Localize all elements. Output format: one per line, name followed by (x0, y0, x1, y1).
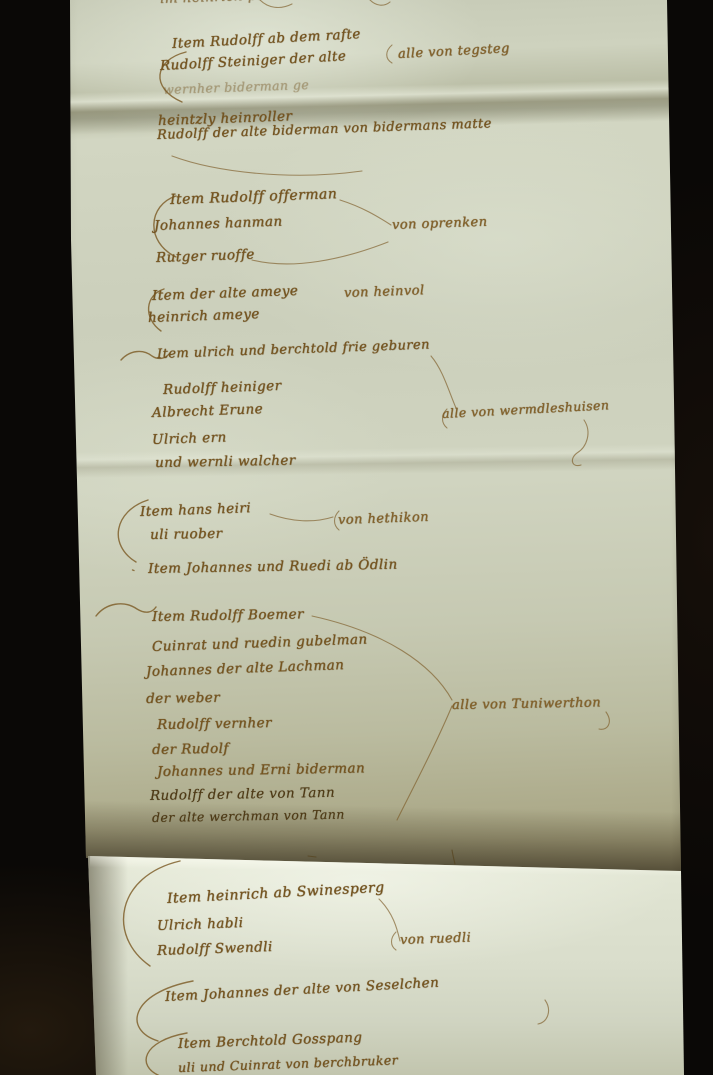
manuscript-line-31: Johannes und Erni biderman (157, 760, 365, 780)
manuscript-line-33: der alte werchman von Tann (152, 807, 345, 825)
manuscript-line-2: Rudolff Steiniger der alte (160, 48, 347, 74)
manuscript-line-35: Ulrich habli (157, 915, 244, 934)
manuscript-line-39: Item Berchtold Gosspang (178, 1030, 363, 1052)
manuscript-line-4: wernher biderman ge (163, 77, 310, 97)
manuscript-line-30: der Rudolf (152, 741, 229, 758)
manuscript-line-15: Rudolff heiniger (163, 378, 282, 398)
manuscript-line-9: von oprenken (392, 215, 488, 233)
manuscript-line-18: Ulrich ern (152, 429, 227, 448)
manuscript-line-26: Johannes der alte Lachman (146, 657, 345, 680)
manuscript-line-12: von heinvol (344, 283, 425, 301)
manuscript-line-19: und wernli walcher (155, 453, 296, 471)
manuscript-line-40: uli und Cuinrat von berchbruker (178, 1052, 399, 1075)
manuscript-line-16: Albrecht Erune (152, 401, 264, 421)
manuscript-line-20: Item hans heiri (140, 500, 252, 520)
manuscript-line-28: alle von Tuniwerthon (452, 695, 601, 713)
manuscript-line-14: Item ulrich und berchtold frie geburen (157, 337, 430, 362)
manuscript-line-38: Item Johannes der alte von Seselchen (165, 975, 440, 1005)
manuscript-line-21: von hethikon (338, 510, 429, 528)
manuscript-photo: im heinrich psItem Rudolff ab dem rafteR… (0, 0, 713, 1075)
manuscript-line-0: im heinrich ps (160, 0, 265, 7)
manuscript-line-27: der weber (146, 690, 220, 707)
manuscript-line-25: Cuinrat und ruedin gubelman (152, 631, 368, 655)
manuscript-line-8: Johannes hanman (154, 214, 283, 234)
manuscript-line-37: Rudolff Swendli (157, 939, 273, 959)
manuscript-line-13: heinrich ameye (148, 306, 260, 326)
manuscript-line-23: Item Johannes und Ruedi ab Ödlin (148, 557, 398, 577)
manuscript-line-32: Rudolff der alte von Tann (150, 785, 335, 804)
manuscript-line-10: Rutger ruoffe (156, 247, 255, 266)
text-layer: im heinrich psItem Rudolff ab dem rafteR… (0, 0, 713, 1075)
manuscript-line-36: von ruedli (400, 931, 472, 948)
manuscript-line-3: alle von tegsteg (398, 41, 511, 62)
manuscript-line-24: Item Rudolff Boemer (152, 606, 304, 625)
manuscript-line-11: Item der alte ameye (152, 283, 299, 304)
manuscript-line-34: Item heinrich ab Swinesperg (167, 880, 385, 907)
manuscript-line-7: Item Rudolff offerman (170, 186, 338, 208)
manuscript-line-22: uli ruober (150, 526, 223, 543)
manuscript-line-29: Rudolff vernher (157, 715, 272, 733)
manuscript-line-17: alle von wermdleshuisen (442, 397, 610, 421)
